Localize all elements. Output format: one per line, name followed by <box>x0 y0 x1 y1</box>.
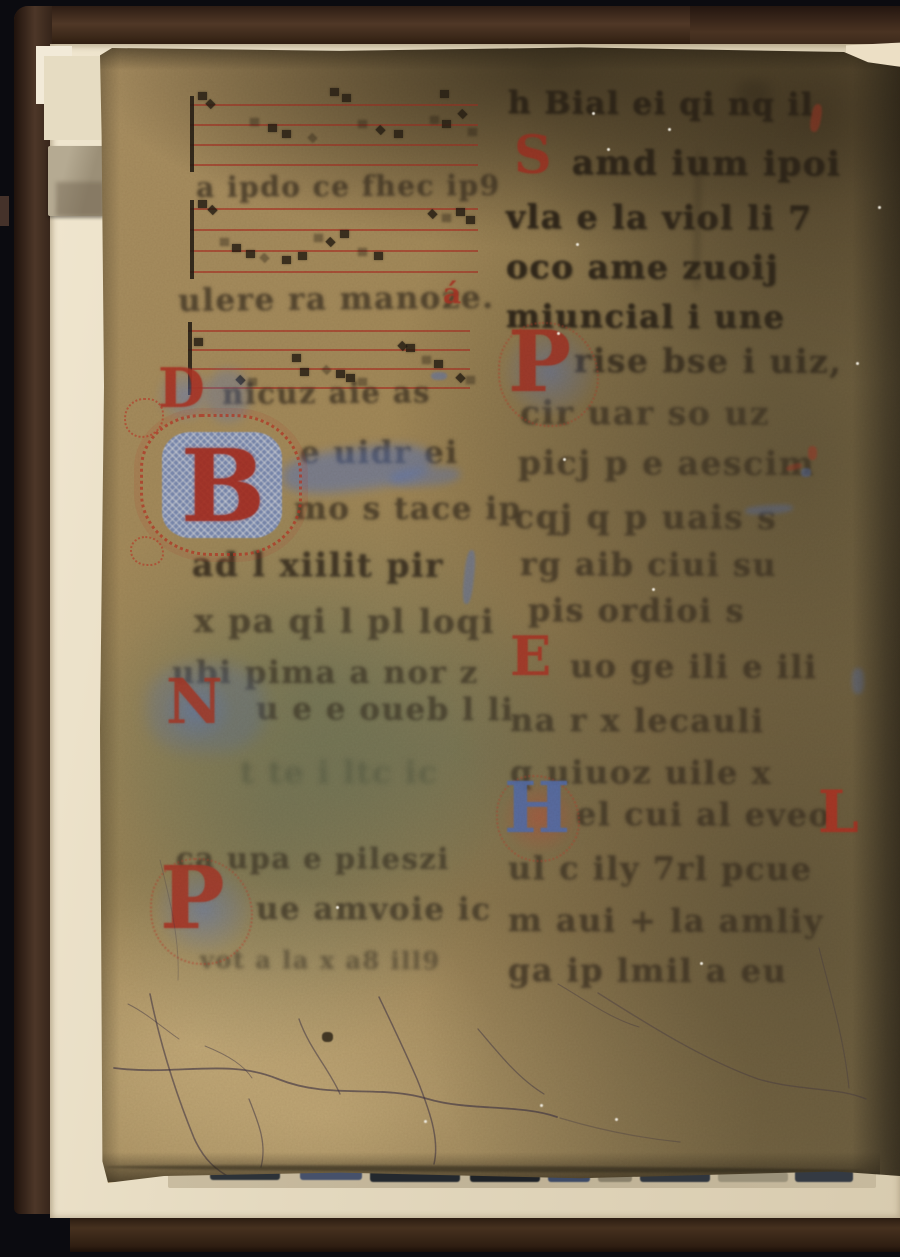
white-speck <box>576 243 579 246</box>
clasp-remnant <box>0 196 9 226</box>
white-speck <box>700 962 703 965</box>
flyleaf-corner-step-2 <box>44 56 104 140</box>
white-speck <box>856 362 859 365</box>
white-speck <box>557 332 560 335</box>
white-speck <box>592 112 595 115</box>
white-speck <box>540 1104 543 1107</box>
white-speck <box>607 148 610 151</box>
white-speck <box>336 906 339 909</box>
white-speck <box>652 588 655 591</box>
binding-leather-left <box>14 6 52 1214</box>
white-speck <box>615 1118 618 1121</box>
binding-leather-bottom <box>70 1212 900 1252</box>
parchment-page: B <box>100 44 900 1184</box>
white-speck <box>424 1120 427 1123</box>
ink-layer: B <box>0 0 900 1257</box>
index-tab <box>48 146 104 216</box>
white-speck <box>563 458 566 461</box>
white-speck <box>668 128 671 131</box>
white-speck <box>878 206 881 209</box>
manuscript-photo: B <box>0 0 900 1257</box>
crack-veins <box>0 0 900 1257</box>
